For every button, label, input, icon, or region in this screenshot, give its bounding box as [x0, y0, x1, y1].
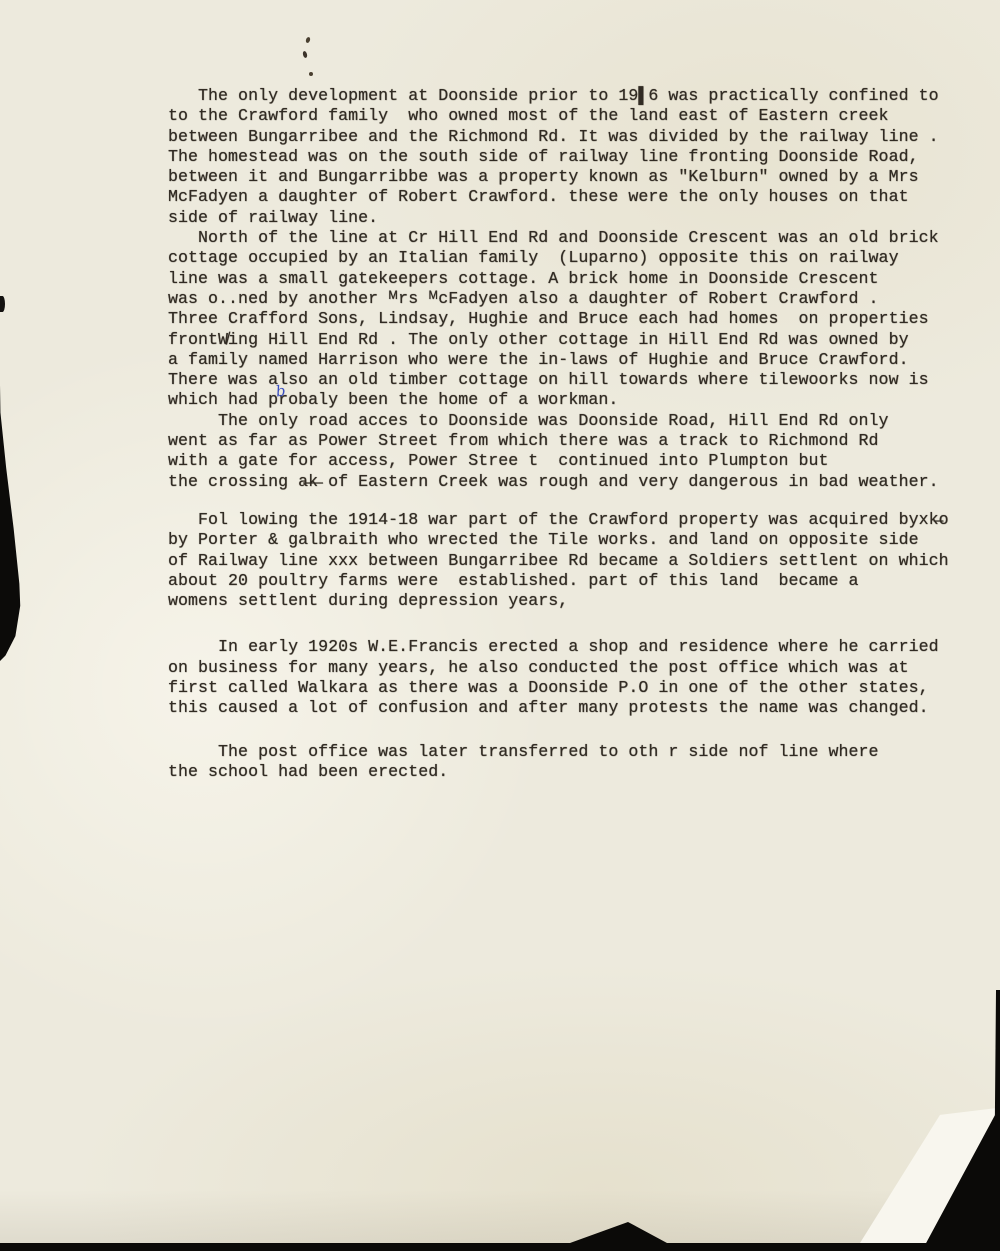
text-line: frontW̸ing Hill End Rd . The only other … [168, 330, 978, 350]
text-line: the crossing a̶k̶ of Eastern Creek was r… [168, 472, 978, 492]
paragraph-4: Fol lowing the 1914-18 war part of the C… [168, 510, 978, 611]
text-line: womens settlent during depression years, [168, 591, 978, 611]
text-line: line was a small gatekeepers cottage. A … [168, 269, 978, 289]
text-line: first called Walkara as there was a Doon… [168, 678, 978, 698]
handwritten-insertion: b [275, 383, 287, 399]
text-line: The only road acces to Doonside was Doon… [168, 411, 978, 431]
paragraph-1: The only development at Doonside prior t… [168, 86, 978, 228]
text-line: Three Crafford Sons, Lindsay, Hughie and… [168, 309, 978, 329]
text-line: with a gate for access, Power Stree t co… [168, 451, 978, 471]
text-line: cottage occupied by an Italian family (L… [168, 248, 978, 268]
text-line: a family named Harrison who were the in-… [168, 350, 978, 370]
text-line: between it and Bungarribbe was a propert… [168, 167, 978, 187]
text-line: about 20 poultry farms were established.… [168, 571, 978, 591]
text-line: McFadyen a daughter of Robert Crawford. … [168, 187, 978, 207]
scan-edge-left-wedge [0, 385, 22, 661]
text-line: by Porter & galbraith who wrected the Ti… [168, 530, 978, 550]
text-line: The post office was later transferred to… [168, 742, 978, 762]
text-line: was o..ned by another ᴹrs ᴹcFadyen also … [168, 289, 978, 309]
scanned-page: The only development at Doonside prior t… [0, 0, 1000, 1251]
paragraph-6: The post office was later transferred to… [168, 742, 978, 783]
scan-edge-left-speck [0, 296, 5, 312]
typewritten-text: The only development at Doonside prior t… [168, 86, 978, 782]
text-line: In early 1920s W.E.Francis erected a sho… [168, 637, 978, 657]
ink-speck [305, 36, 311, 43]
text-line: North of the line at Cr Hill End Rd and … [168, 228, 978, 248]
text-line: Fol lowing the 1914-18 war part of the C… [168, 510, 978, 530]
paragraph-3: The only road acces to Doonside was Doon… [168, 411, 978, 492]
paragraph-2: North of the line at Cr Hill End Rd and … [168, 228, 978, 411]
ink-speck [309, 72, 313, 76]
text-line: went as far as Power Street from which t… [168, 431, 978, 451]
text-line: There was also an old timber cottage on … [168, 370, 978, 390]
text-line: side of railway line. [168, 208, 978, 228]
text-line: of Railway line xxx between Bungarribee … [168, 551, 978, 571]
text-line: The homestead was on the south side of r… [168, 147, 978, 167]
text-line: between Bungarribee and the Richmond Rd.… [168, 127, 978, 147]
text-line: The only development at Doonside prior t… [168, 86, 978, 106]
scan-edge-bottom [0, 1219, 1000, 1251]
text-line: this caused a lot of confusion and after… [168, 698, 978, 718]
ink-speck [302, 51, 308, 59]
paragraph-5: In early 1920s W.E.Francis erected a sho… [168, 637, 978, 718]
text-line: the school had been erected. [168, 762, 978, 782]
text-line: on business for many years, he also cond… [168, 658, 978, 678]
text-line: to the Crawford family who owned most of… [168, 106, 978, 126]
text-line: which had probaly been the home of a wor… [168, 390, 978, 410]
